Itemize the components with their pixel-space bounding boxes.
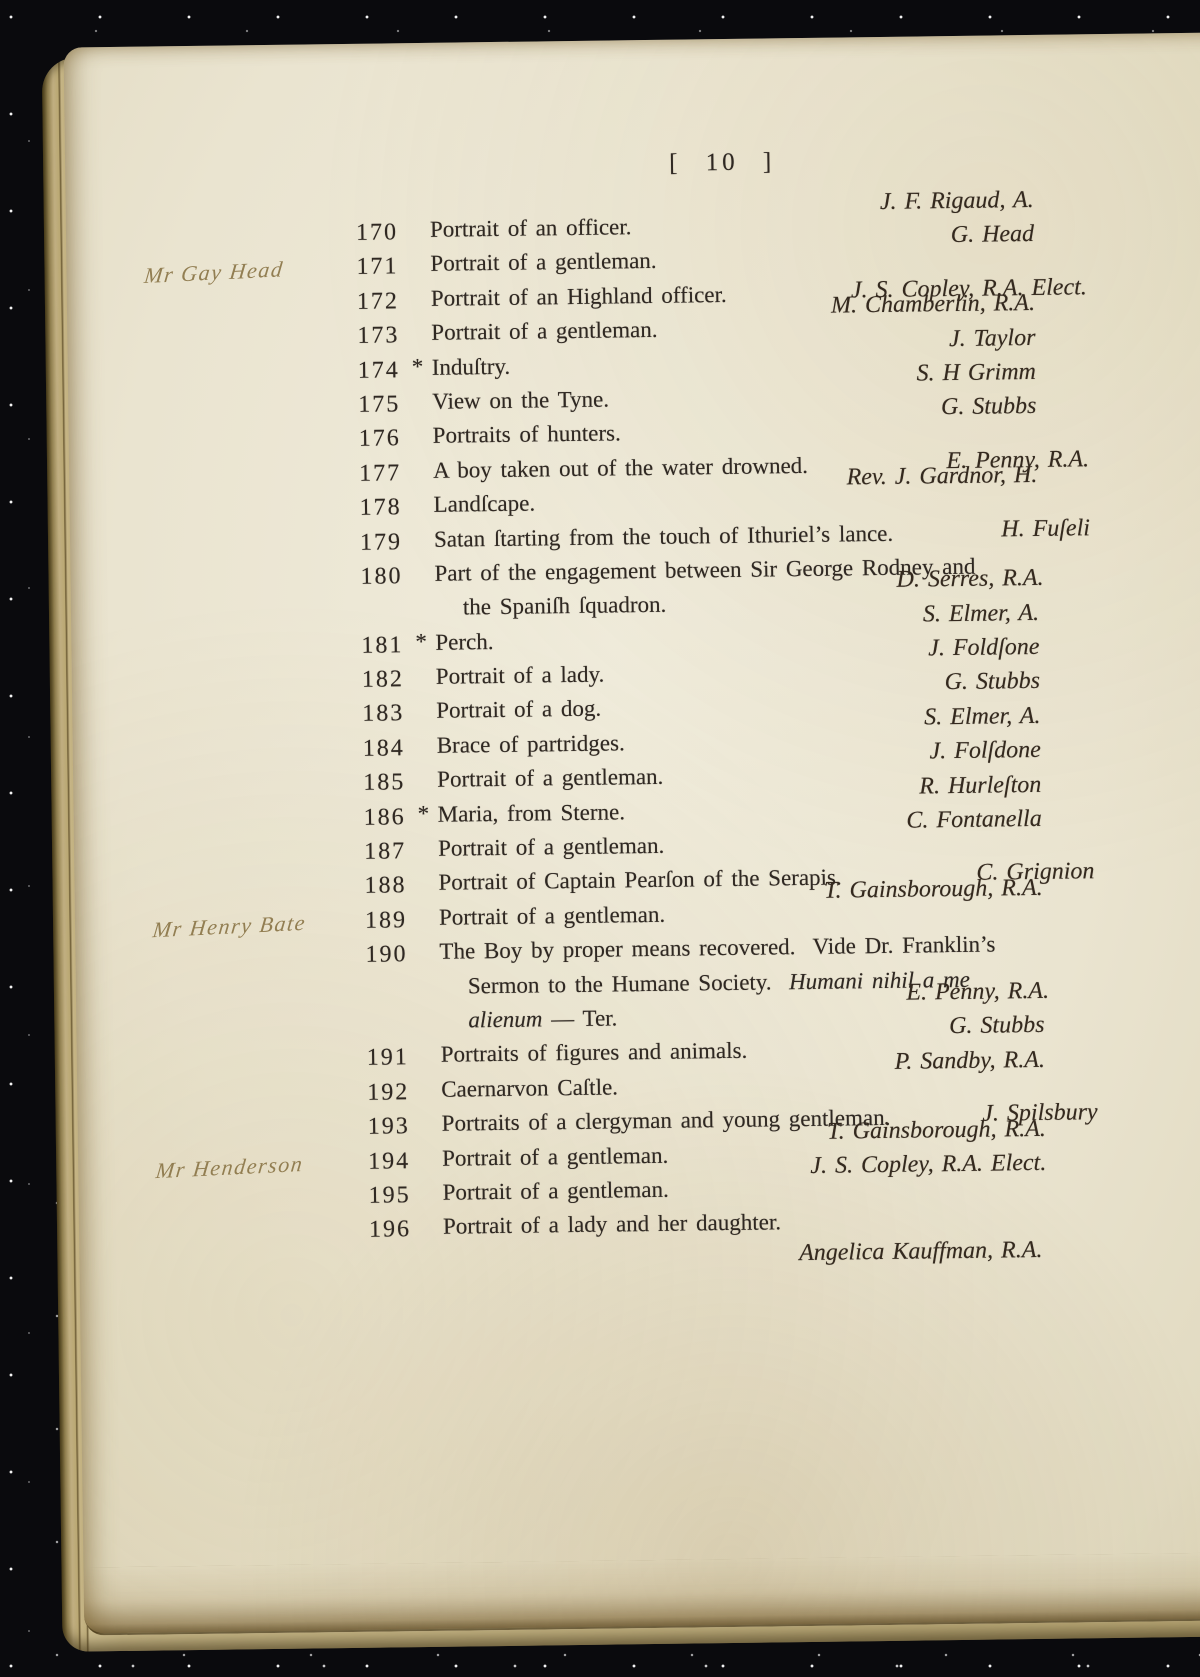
- entry-title-segment: — Ter.: [542, 1005, 617, 1031]
- entry-number: 176: [351, 425, 409, 453]
- entry-title-segment: Caernarvon Caſtle.: [441, 1074, 618, 1101]
- entry-title-segment: Maria, from Sterne.: [437, 799, 625, 826]
- entry-artist: Rev. J. Gardnor, H.: [846, 462, 1037, 491]
- entry-number: 196: [361, 1216, 419, 1244]
- entry-artist: Angelica Kauffman, R.A.: [799, 1237, 1043, 1267]
- entry-number: 175: [350, 391, 408, 419]
- asterisk-mark: *: [415, 629, 427, 655]
- entry-number: 184: [355, 735, 413, 763]
- entry-title-segment: Induſtry.: [432, 353, 511, 379]
- entry-artist: J. Folſdone: [929, 737, 1041, 765]
- entry-number: 195: [360, 1182, 418, 1210]
- entry-title: Part of the engagement between Sir Georg…: [434, 546, 1200, 625]
- entry-artist: C. Fontanella: [906, 806, 1042, 835]
- entry-title-segment: Portraits of hunters.: [433, 421, 621, 448]
- entry-title-segment: Portrait of a gentleman.: [442, 1142, 668, 1170]
- entry-artist: J. F. Rigaud, A.: [880, 187, 1034, 216]
- entry-artist: D. Serres, R.A.: [896, 565, 1043, 594]
- entry-title-segment: Landſcape.: [433, 491, 535, 517]
- entry-number: 180: [352, 563, 410, 591]
- entry-artist: S. Elmer, A.: [923, 600, 1040, 629]
- entry-number: 186: [356, 804, 414, 832]
- entry-title-segment: Portrait of a gentleman.: [437, 764, 663, 792]
- entry-title-segment: Portrait of a lady and her daughter.: [443, 1210, 781, 1239]
- entry-title-segment: Portrait of Captain Pearſon of the Serap…: [438, 865, 841, 895]
- entry-title-segment: Satan ſtarting from the touch of Ithurie…: [434, 520, 893, 551]
- entry-title-segment: Portrait of a gentleman.: [442, 1177, 668, 1205]
- entry-number: 172: [349, 288, 407, 316]
- entry-artist: J. S. Copley, R.A. Elect.: [810, 1150, 1046, 1180]
- book: [ 10 ] 170 Portrait of an officer. J. F.…: [42, 32, 1200, 1648]
- entry-title-segment: alienum: [468, 1006, 542, 1032]
- entry-title-segment: View on the Tyne.: [432, 386, 609, 413]
- entry-artist: G. Head: [951, 221, 1035, 249]
- entry-title-segment: Portrait of a gentleman.: [431, 317, 657, 345]
- entry-number: 191: [359, 1045, 417, 1073]
- catalog-entry: 196 Portrait of a lady and her daughter.…: [79, 1199, 1200, 1283]
- entry-title-segment: The Boy by proper means recovered. Vide …: [439, 932, 995, 964]
- entry-artist: R. Hurleſton: [919, 772, 1041, 801]
- entry-artist: T. Gainsborough, R.A.: [827, 1115, 1046, 1145]
- entry-number: 179: [352, 529, 410, 557]
- entry-number: 194: [360, 1148, 418, 1176]
- asterisk-mark: *: [412, 354, 424, 380]
- entry-artist: P. Sandby, R.A.: [895, 1047, 1046, 1076]
- entry-number: 188: [356, 873, 414, 901]
- entry-title-segment: Portrait of an Highland officer.: [431, 282, 727, 311]
- entry-number: 170: [348, 219, 406, 247]
- entry-title: The Boy by proper means recovered. Vide …: [439, 924, 1200, 1038]
- entry-number: 171: [348, 254, 406, 282]
- entry-artist: M. Chamberlin, R.A.: [831, 290, 1035, 320]
- entry-title-segment: A boy taken out of the water drowned.: [433, 453, 808, 483]
- entry-artist: S. H Grimm: [916, 359, 1036, 388]
- entry-number: 187: [356, 838, 414, 866]
- entry-title-segment: Portrait of a lady.: [436, 662, 605, 689]
- entry-artist: G. Stubbs: [944, 668, 1040, 696]
- entry-title-segment: Part of the engagement between Sir Georg…: [434, 554, 975, 586]
- entry-number: 189: [357, 907, 415, 935]
- asterisk-mark: *: [417, 801, 429, 827]
- entry-title-segment: Portraits of a clergyman and young gentl…: [442, 1105, 891, 1136]
- entry-number: 190: [357, 941, 415, 969]
- entry-number: 183: [354, 701, 412, 729]
- entry-title-segment: Portrait of a gentleman.: [430, 248, 656, 276]
- entry-number: 173: [349, 322, 407, 350]
- entry-title-segment: Perch.: [435, 629, 493, 655]
- entries: 170 Portrait of an officer. J. F. Rigaud…: [66, 202, 1200, 1283]
- entry-artist: G. Stubbs: [941, 393, 1037, 421]
- entry-artist: H. Fuſeli: [1001, 515, 1090, 543]
- page-number: [ 10 ]: [669, 148, 776, 177]
- entry-title-segment: Portraits of figures and animals.: [441, 1038, 748, 1067]
- entry-number: 181: [353, 632, 411, 660]
- catalogue-page: [ 10 ] 170 Portrait of an officer. J. F.…: [64, 32, 1200, 1635]
- entry-title-segment: Sermon to the Humane Society.: [468, 969, 790, 998]
- entry-number: 192: [359, 1079, 417, 1107]
- entry-title-segment: Portrait of a gentleman.: [438, 833, 664, 861]
- entry-number: 177: [351, 460, 409, 488]
- entry-title-segment: Portrait of an officer.: [430, 214, 632, 242]
- entry-artist: S. Elmer, A.: [924, 703, 1041, 732]
- entry-title-segment: the Spaniſh ſquadron.: [463, 592, 667, 620]
- entry-number: 178: [351, 494, 409, 522]
- entry-number: 185: [355, 769, 413, 797]
- scan-background: [ 10 ] 170 Portrait of an officer. J. F.…: [0, 0, 1200, 1677]
- entry-artist: G. Stubbs: [949, 1012, 1045, 1040]
- entry-number: 174: [350, 357, 408, 385]
- entry-artist: J. Foldſone: [928, 634, 1040, 662]
- entry-title-segment: Portrait of a dog.: [436, 696, 601, 723]
- entry-number: 193: [360, 1113, 418, 1141]
- entry-number: 182: [354, 666, 412, 694]
- entry-title-segment: Portrait of a gentleman.: [439, 902, 665, 930]
- entry-artist: J. Taylor: [949, 325, 1036, 353]
- entry-title-segment: Brace of partridges.: [437, 730, 625, 757]
- entry-artist: E. Penny, R.A.: [906, 978, 1049, 1007]
- entry-artist: T. Gainsborough, R.A.: [824, 875, 1043, 905]
